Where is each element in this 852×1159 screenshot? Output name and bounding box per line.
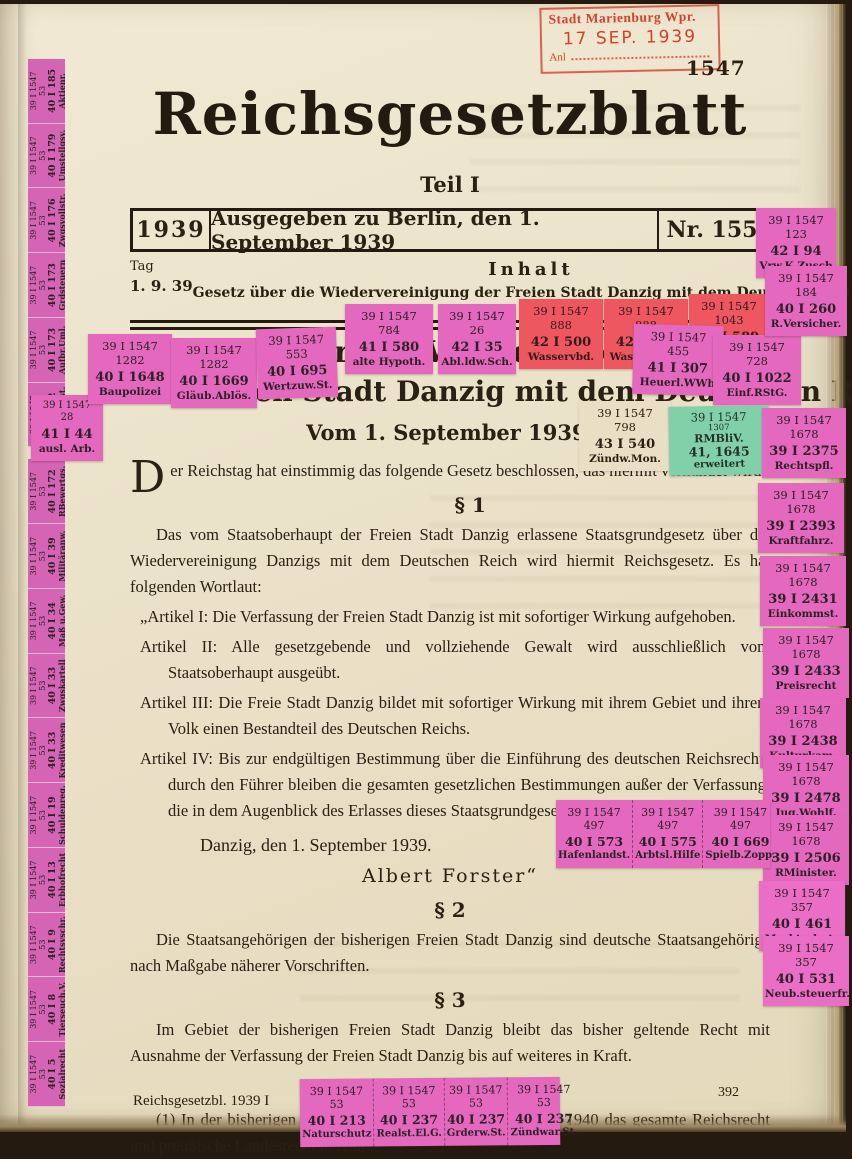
sticker-line: 123 [758,227,834,241]
sticker-line: 1678 [764,427,844,441]
sticker-line: Einkommst. [762,608,844,621]
sticker-line: Arbtsl.Hilfe [635,850,700,862]
gazette-page: Stadt Marienburg Wpr. 17 SEP. 1939 Anl 1… [0,4,846,1132]
sticker-strip-mid: 39 I 154749740 I 573Hafenlandst.39 I 154… [556,800,770,868]
sticker-line: 39 I 1547 [705,806,775,819]
sticker-line: 497 [635,819,700,832]
sticker-line: 53 [302,1098,371,1112]
sticker-line: 39 I 1547 [446,1083,505,1097]
sticker-line: 39 I 1547 [510,1083,577,1097]
sticker-line: 497 [558,819,630,832]
catalog-sticker: 39 I 1547167839 I 2433Preisrecht [763,628,849,698]
catalog-sticker-cell: 39 I 15475340 I 237Grderw.St. [444,1077,508,1146]
sticker-line: Neub.steuerfr. [765,988,847,1001]
sticker-line: Realst.El.G. [376,1128,441,1141]
sticker-line: Hafenlandst. [558,850,630,862]
sticker-line: Zündwar.St. [511,1127,578,1140]
sticker-line: 40 I 669 [705,834,775,850]
sticker-line: 357 [761,900,843,914]
sticker-line: 39 I 2433 [765,663,847,680]
catalog-sticker-cell: 39 I 15475340 I 213Naturschutz [300,1078,375,1147]
sticker-line: 39 I 1547 [762,561,844,575]
sticker-line: 39 I 1547 [760,488,842,502]
sticker-line: 39 I 1547 [767,271,845,285]
sticker-strip-bottom: 39 I 15475340 I 213Naturschutz39 I 15475… [300,1077,561,1147]
sticker-line: 39 I 1547 [765,633,847,647]
sticker-line: 40 I 237 [510,1111,577,1128]
sticker-line: 39 I 2438 [762,733,844,750]
sticker-line: 184 [767,285,845,299]
sticker-line: RMinister. [765,867,847,880]
sticker-line: 39 I 1547 [635,806,700,819]
sticker-line: Kraftfahrz. [760,535,842,548]
right-sticker-column: 39 I 154712342 I 94Vrw.K.Zusch39 I 15471… [0,4,846,1132]
catalog-sticker-cell: 39 I 154749740 I 573Hafenlandst. [556,800,633,868]
sticker-line: 1678 [762,717,844,731]
sticker-line: 497 [705,819,775,832]
sticker-line: R.Versicher. [767,318,845,331]
sticker-line: 42 I 94 [758,243,834,260]
sticker-line: 1678 [762,575,844,589]
sticker-line: 39 I 2375 [764,443,844,460]
sticker-line: 40 I 461 [761,916,843,933]
sticker-line: 40 I 213 [302,1113,371,1130]
sticker-line: 40 I 237 [376,1112,441,1129]
catalog-sticker-cell: 39 I 15475340 I 237Zündwar.St. [508,1077,580,1146]
sticker-line: 53 [510,1096,577,1110]
sticker-line: 39 I 1547 [758,213,834,227]
sticker-line: 39 I 1547 [764,413,844,427]
sticker-line: 1678 [765,774,847,788]
sticker-line: 40 I 575 [635,834,700,850]
book-photo: { "palette": { "paper": "#ebe2ca", "ink"… [0,0,852,1159]
sticker-line: 39 I 1547 [762,703,844,717]
sticker-line: 39 I 2431 [762,591,844,608]
sticker-line: 39 I 1547 [765,941,847,955]
catalog-sticker: 39 I 1547167839 I 2393Kraftfahrz. [758,483,844,553]
sticker-line: 53 [446,1096,505,1110]
sticker-line: Grderw.St. [447,1127,506,1140]
catalog-sticker-cell: 39 I 15475340 I 237Realst.El.G. [374,1078,445,1147]
catalog-sticker: 39 I 154718440 I 260R.Versicher. [765,266,847,336]
sticker-line: 357 [765,955,847,969]
sticker-line: 39 I 1547 [376,1084,441,1098]
sticker-line: 40 I 573 [558,834,630,850]
sticker-line: 40 I 260 [767,301,845,318]
sticker-line: 40 I 237 [447,1111,506,1128]
sticker-line: Naturschutz [302,1129,371,1142]
sticker-line: 1678 [760,502,842,516]
sticker-line: Rechtspfl. [764,460,844,473]
sticker-line: 39 I 1547 [765,760,847,774]
sticker-line: 39 I 1547 [558,806,630,819]
sticker-line: Preisrecht [765,680,847,693]
catalog-sticker: 39 I 154735740 I 531Neub.steuerfr. [763,936,849,1006]
sticker-line: 39 I 2393 [760,518,842,535]
sticker-line: 39 I 1547 [761,886,843,900]
catalog-sticker-cell: 39 I 154749740 I 575Arbtsl.Hilfe [633,800,703,868]
catalog-sticker-cell: 39 I 154749740 I 669Spielb.Zopp. [703,800,777,868]
catalog-sticker: 39 I 1547167839 I 2431Einkommst. [760,556,846,626]
sticker-line: 39 I 1547 [302,1085,371,1099]
sticker-line: 53 [376,1097,441,1111]
catalog-sticker: 39 I 1547167839 I 2375Rechtspfl. [762,408,846,478]
sticker-line: Spielb.Zopp. [705,850,775,862]
sticker-line: 1678 [765,647,847,661]
sticker-line: 40 I 531 [765,971,847,988]
